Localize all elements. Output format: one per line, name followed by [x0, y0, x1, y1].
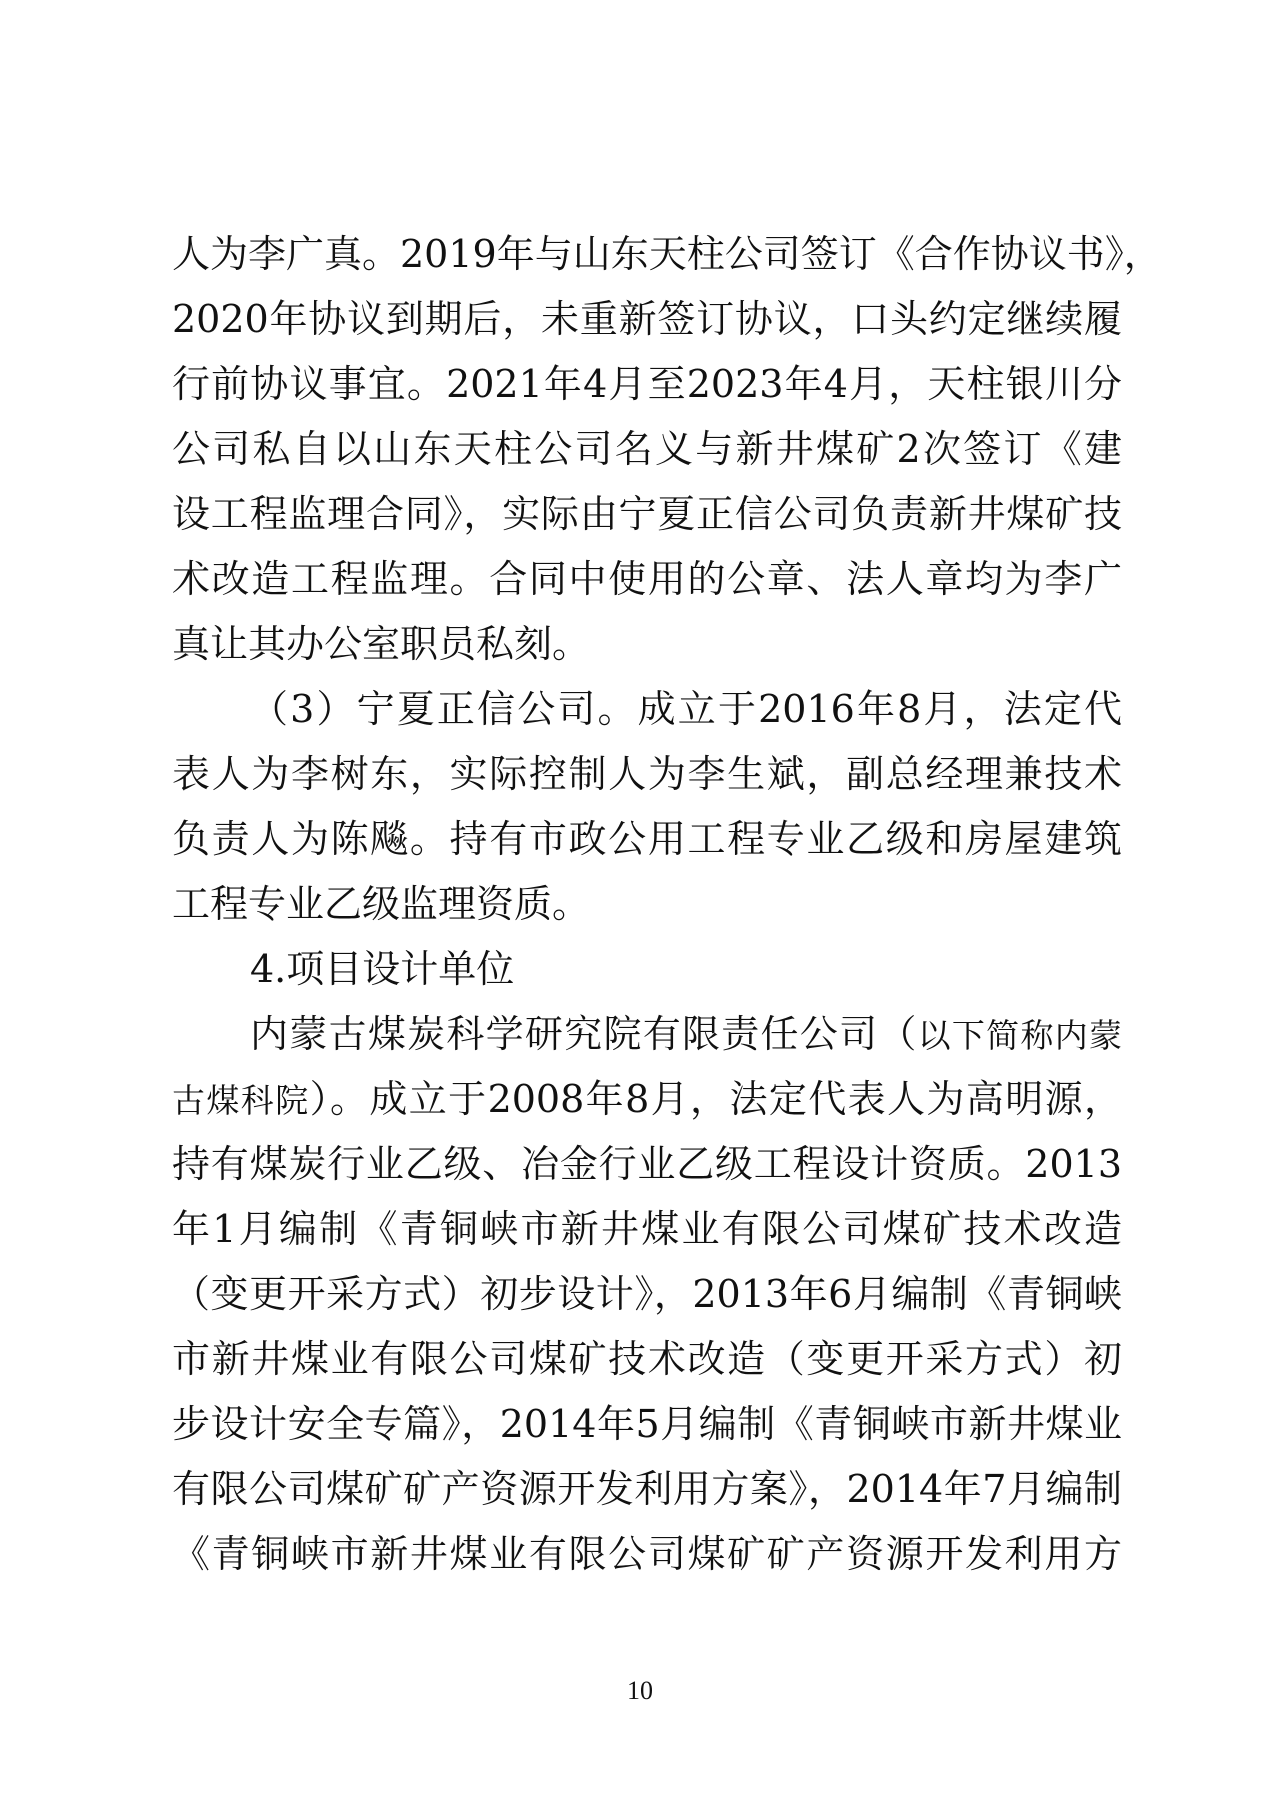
text-line: （变更开采方式）初步设计》，2013年6月编制《青铜峡	[172, 1262, 1122, 1327]
abbreviation-note: 以下简称内蒙	[918, 1016, 1122, 1055]
text-line: 人为李广真。2019年与山东天柱公司签订《合作协议书》，	[172, 222, 1122, 287]
page-number: 10	[0, 1676, 1280, 1706]
text-line: 年1月编制《青铜峡市新井煤业有限公司煤矿技术改造	[172, 1197, 1122, 1262]
document-page: 人为李广真。2019年与山东天柱公司签订《合作协议书》， 2020年协议到期后，…	[0, 0, 1280, 1809]
text-line-mixed: 古煤科院）。成立于2008年8月，法定代表人为高明源，	[172, 1067, 1122, 1132]
section-3-first-line: （3）宁夏正信公司。成立于2016年8月，法定代	[172, 677, 1122, 742]
text-line: 行前协议事宜。2021年4月至2023年4月，天柱银川分	[172, 352, 1122, 417]
text-line: 市新井煤业有限公司煤矿技术改造（变更开采方式）初	[172, 1327, 1122, 1392]
text-segment: ）。成立于2008年8月，法定代表人为高明源，	[310, 1077, 1122, 1121]
text-line: 负责人为陈飚。持有市政公用工程专业乙级和房屋建筑	[172, 807, 1122, 872]
text-line: 《青铜峡市新井煤业有限公司煤矿矿产资源开发利用方	[172, 1522, 1122, 1587]
text-line: 真让其办公室职员私刻。	[172, 612, 1122, 677]
text-line: 公司私自以山东天柱公司名义与新井煤矿2次签订《建	[172, 417, 1122, 482]
text-line-mixed: 内蒙古煤炭科学研究院有限责任公司（以下简称内蒙	[172, 1002, 1122, 1067]
section-heading-design-unit: 4.项目设计单位	[172, 937, 1122, 1002]
text-line: 有限公司煤矿矿产资源开发利用方案》，2014年7月编制	[172, 1457, 1122, 1522]
text-line: 表人为李树东，实际控制人为李生斌，副总经理兼技术	[172, 742, 1122, 807]
text-line: 步设计安全专篇》，2014年5月编制《青铜峡市新井煤业	[172, 1392, 1122, 1457]
text-line: 工程专业乙级监理资质。	[172, 872, 1122, 937]
text-line: 2020年协议到期后，未重新签订协议，口头约定继续履	[172, 287, 1122, 352]
text-segment: 内蒙古煤炭科学研究院有限责任公司（	[250, 1012, 918, 1056]
text-line: 持有煤炭行业乙级、冶金行业乙级工程设计资质。2013	[172, 1132, 1122, 1197]
abbreviation-note: 古煤科院	[172, 1081, 310, 1120]
document-body: 人为李广真。2019年与山东天柱公司签订《合作协议书》， 2020年协议到期后，…	[172, 222, 1122, 1587]
text-line: 设工程监理合同》，实际由宁夏正信公司负责新井煤矿技	[172, 482, 1122, 547]
text-line: 术改造工程监理。合同中使用的公章、法人章均为李广	[172, 547, 1122, 612]
